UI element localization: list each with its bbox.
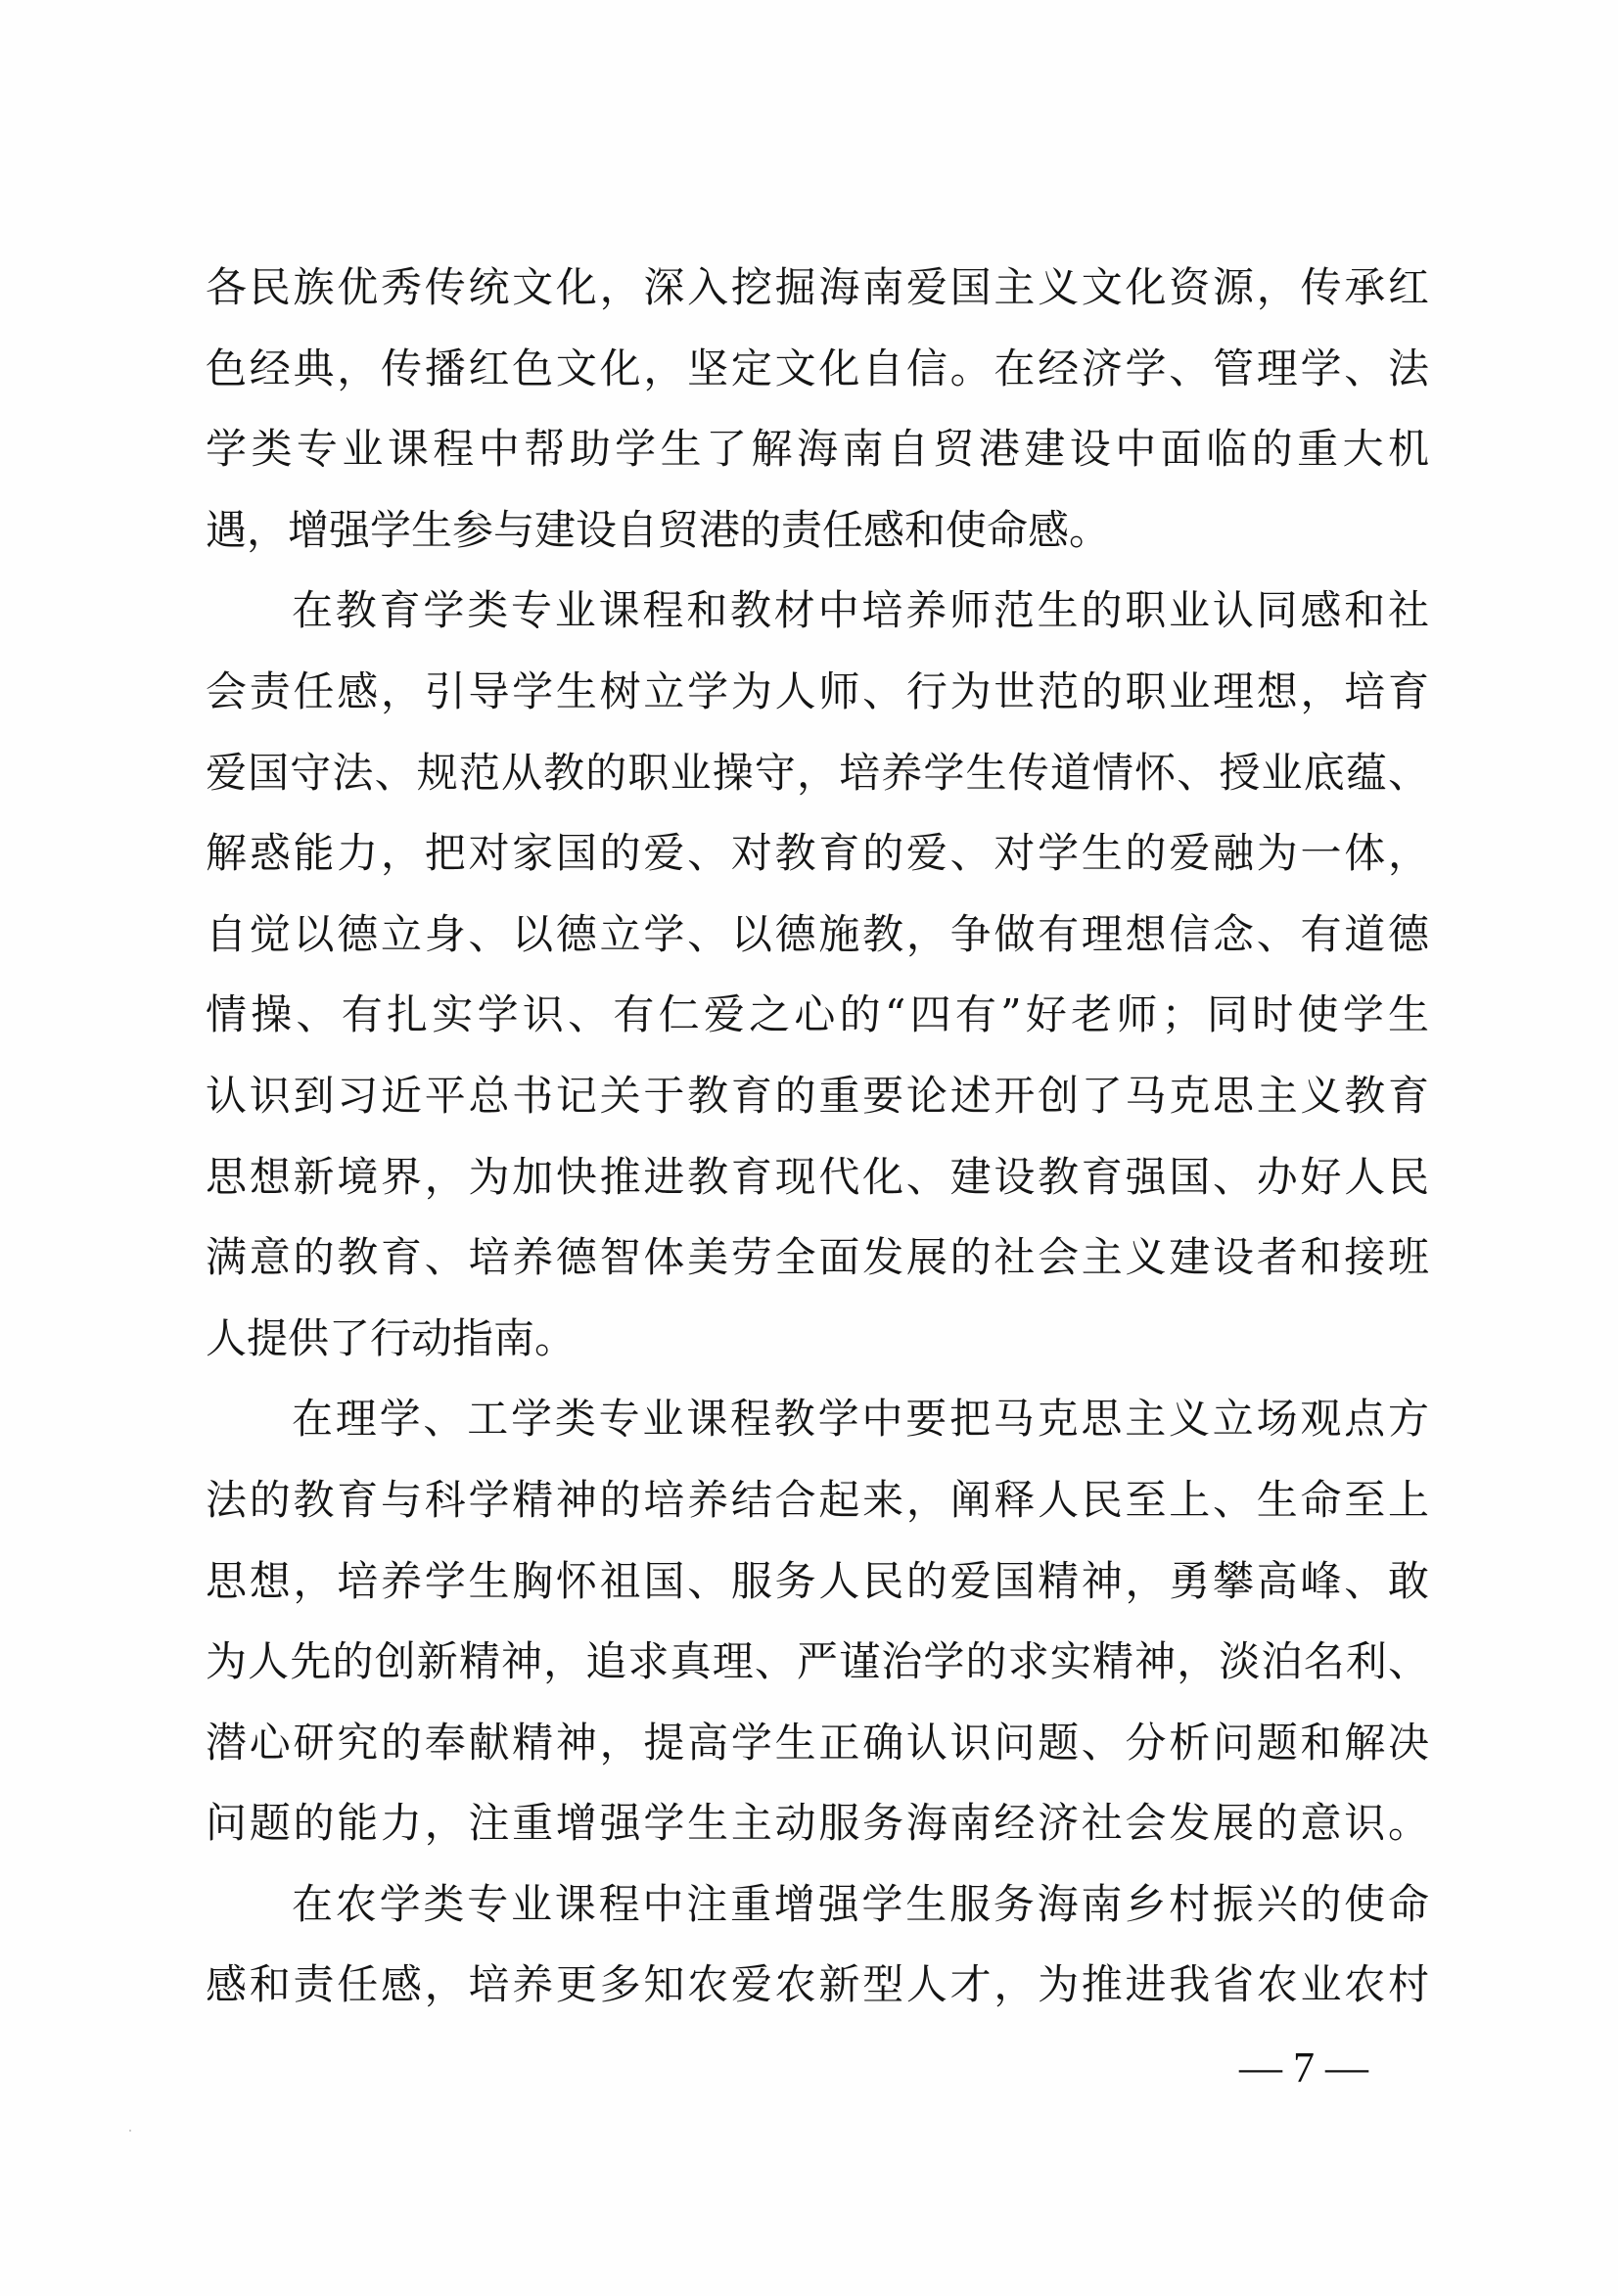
text-line: 问题的能力，注重增强学生主动服务海南经济社会发展的意识。 — [206, 1794, 1429, 1875]
text-line: 会责任感，引导学生树立学为人师、行为世范的职业理想，培育 — [206, 663, 1429, 744]
page-number: — 7 — — [1239, 2043, 1368, 2092]
text-line: 潜心研究的奉献精神，提高学生正确认识问题、分析问题和解决 — [206, 1714, 1429, 1795]
body-text: 各民族优秀传统文化，深入挖掘海南爱国主义文化资源，传承红 色经典，传播红色文化，… — [206, 258, 1429, 2037]
text-line: 色经典，传播红色文化，坚定文化自信。在经济学、管理学、法 — [206, 340, 1429, 421]
text-line: 思想新境界，为加快推进教育现代化、建设教育强国、办好人民 — [206, 1148, 1429, 1229]
paragraph: 在农学类专业课程中注重增强学生服务海南乡村振兴的使命 感和责任感，培养更多知农爱… — [206, 1875, 1429, 2037]
text-line: 自觉以德立身、以德立学、以德施教，争做有理想信念、有道德 — [206, 905, 1429, 987]
text-line: 各民族优秀传统文化，深入挖掘海南爱国主义文化资源，传承红 — [206, 258, 1429, 340]
text-line: 爱国守法、规范从教的职业操守，培养学生传道情怀、授业底蕴、 — [206, 744, 1429, 825]
text-line: 感和责任感，培养更多知农爱农新型人才，为推进我省农业农村 — [206, 1955, 1429, 2037]
text-line: 法的教育与科学精神的培养结合起来，阐释人民至上、生命至上 — [206, 1471, 1429, 1552]
text-line: 为人先的创新精神，追求真理、严谨治学的求实精神，淡泊名利、 — [206, 1632, 1429, 1714]
document-page: 各民族优秀传统文化，深入挖掘海南爱国主义文化资源，传承红 色经典，传播红色文化，… — [0, 0, 1618, 2296]
text-line: 认识到习近平总书记关于教育的重要论述开创了马克思主义教育 — [206, 1067, 1429, 1148]
paragraph: 在教育学类专业课程和教材中培养师范生的职业认同感和社 会责任感，引导学生树立学为… — [206, 581, 1429, 1390]
scan-speck — [129, 2130, 131, 2132]
paragraph: 在理学、工学类专业课程教学中要把马克思主义立场观点方 法的教育与科学精神的培养结… — [206, 1390, 1429, 1875]
text-line: 满意的教育、培养德智体美劳全面发展的社会主义建设者和接班 — [206, 1228, 1429, 1309]
text-line: 在教育学类专业课程和教材中培养师范生的职业认同感和社 — [206, 581, 1429, 663]
text-line: 遇，增强学生参与建设自贸港的责任感和使命感。 — [206, 501, 1429, 582]
text-line: 思想，培养学生胸怀祖国、服务人民的爱国精神，勇攀高峰、敢 — [206, 1552, 1429, 1633]
text-line: 人提供了行动指南。 — [206, 1309, 1429, 1391]
text-line: 情操、有扎实学识、有仁爱之心的“四有”好老师；同时使学生 — [206, 986, 1429, 1067]
text-line: 解惑能力，把对家国的爱、对教育的爱、对学生的爱融为一体， — [206, 824, 1429, 905]
paragraph: 各民族优秀传统文化，深入挖掘海南爱国主义文化资源，传承红 色经典，传播红色文化，… — [206, 258, 1429, 581]
text-line: 在理学、工学类专业课程教学中要把马克思主义立场观点方 — [206, 1390, 1429, 1471]
text-line: 学类专业课程中帮助学生了解海南自贸港建设中面临的重大机 — [206, 420, 1429, 501]
text-line: 在农学类专业课程中注重增强学生服务海南乡村振兴的使命 — [206, 1875, 1429, 1956]
